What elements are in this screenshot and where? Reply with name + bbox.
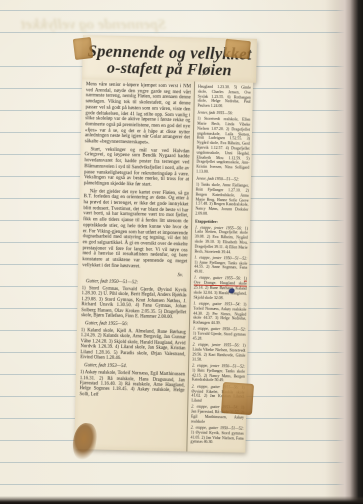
etappe-section: 1. etappe, jenter 1950—51—52: 1) Anne Fj…: [194, 255, 247, 275]
results-list: 1) Storetvedt realskole, Ellen Marie Bec…: [196, 117, 250, 176]
tape-bottom-right: [221, 382, 254, 415]
etappe-section: 1. etappe, gutter 1953—54: 1) Torleif No…: [193, 302, 246, 327]
results-list: 1) Askøy realskole, Torleif Nornæss, Egi…: [79, 370, 185, 399]
body-paragraph: Når det gjelder det nye kartet over Fløi…: [82, 189, 189, 271]
page-edge-right-shadow: [325, 0, 363, 504]
body-paragraph: Mens våre senior o-løpere kjempet som ve…: [85, 82, 191, 147]
results-list: 1) Tanks skole, Anne Fjellanger, Britt F…: [195, 183, 249, 218]
tape-top-left: [73, 37, 93, 60]
byline-signature: Sv.: [82, 271, 183, 279]
etappe-entries: 1) Torvald Gjerde, Stord gymnas 45.28.: [193, 332, 246, 341]
clipping-left-column: Mens våre senior o-løpere kjempet som ve…: [74, 79, 194, 451]
body-paragraph: Start, vekslinger og mål var ved Halvdan…: [84, 147, 190, 189]
results-list: 1) Stord Gymnas, Torvald Gjerde, Øyvind …: [81, 286, 187, 321]
etappe-section: 2. etappe, jenter 1950—51—52: 1) Britt F…: [192, 364, 245, 384]
etappe-section: 2. etappe, jenter 1955—56: 1) Linda Vibe…: [192, 343, 245, 363]
etappe-entries: 1) Anne Fjellanger, Tanks skole 44.55. 2…: [194, 260, 247, 274]
ink-bleedthrough-text: Spennende og vellykket: [6, 17, 166, 34]
etappe-entries: 1) Øyvind Kyvik, Stord gymnas 41.05. 2) …: [190, 430, 243, 444]
tape-top-right: [224, 39, 251, 60]
etappe-section: 2. etappe, gutter 1950—51—52: 1) Øyvind …: [190, 426, 243, 446]
page-edge-bottom-shadow: [0, 496, 363, 504]
headline-line2: o-stafett på Fløien: [84, 59, 254, 80]
etappe-section: 1. etappe, gutter 1955—56: 1) Ove Drange…: [193, 276, 246, 301]
etappe-entries: 1) Britt Fjellanger, Tanks skole 42.15. …: [192, 368, 245, 382]
scanned-scrapbook-page: { "colors": { "page_paper": "#f2eee0", "…: [0, 0, 363, 504]
etappe-section: 1. etappe, gutter 1950—51—52: 1) Torvald…: [193, 327, 246, 342]
results-continuation: Haugland 1.23.30. 5) Gimle skole, Charle…: [198, 85, 251, 110]
etappe-section: 1. etappe, jenter 1955—56: 1) Laila Slet…: [194, 225, 248, 255]
etappe-entries: 25.14. 2) Rune Børhaug, Kaland skole 32.…: [194, 286, 247, 300]
etappe-entries: 1) Laila Sletten, Dragefjellet skole 39.…: [194, 226, 248, 254]
results-list: 1) Kaland skole, Kjell A. Almeland, Rune…: [80, 328, 186, 363]
